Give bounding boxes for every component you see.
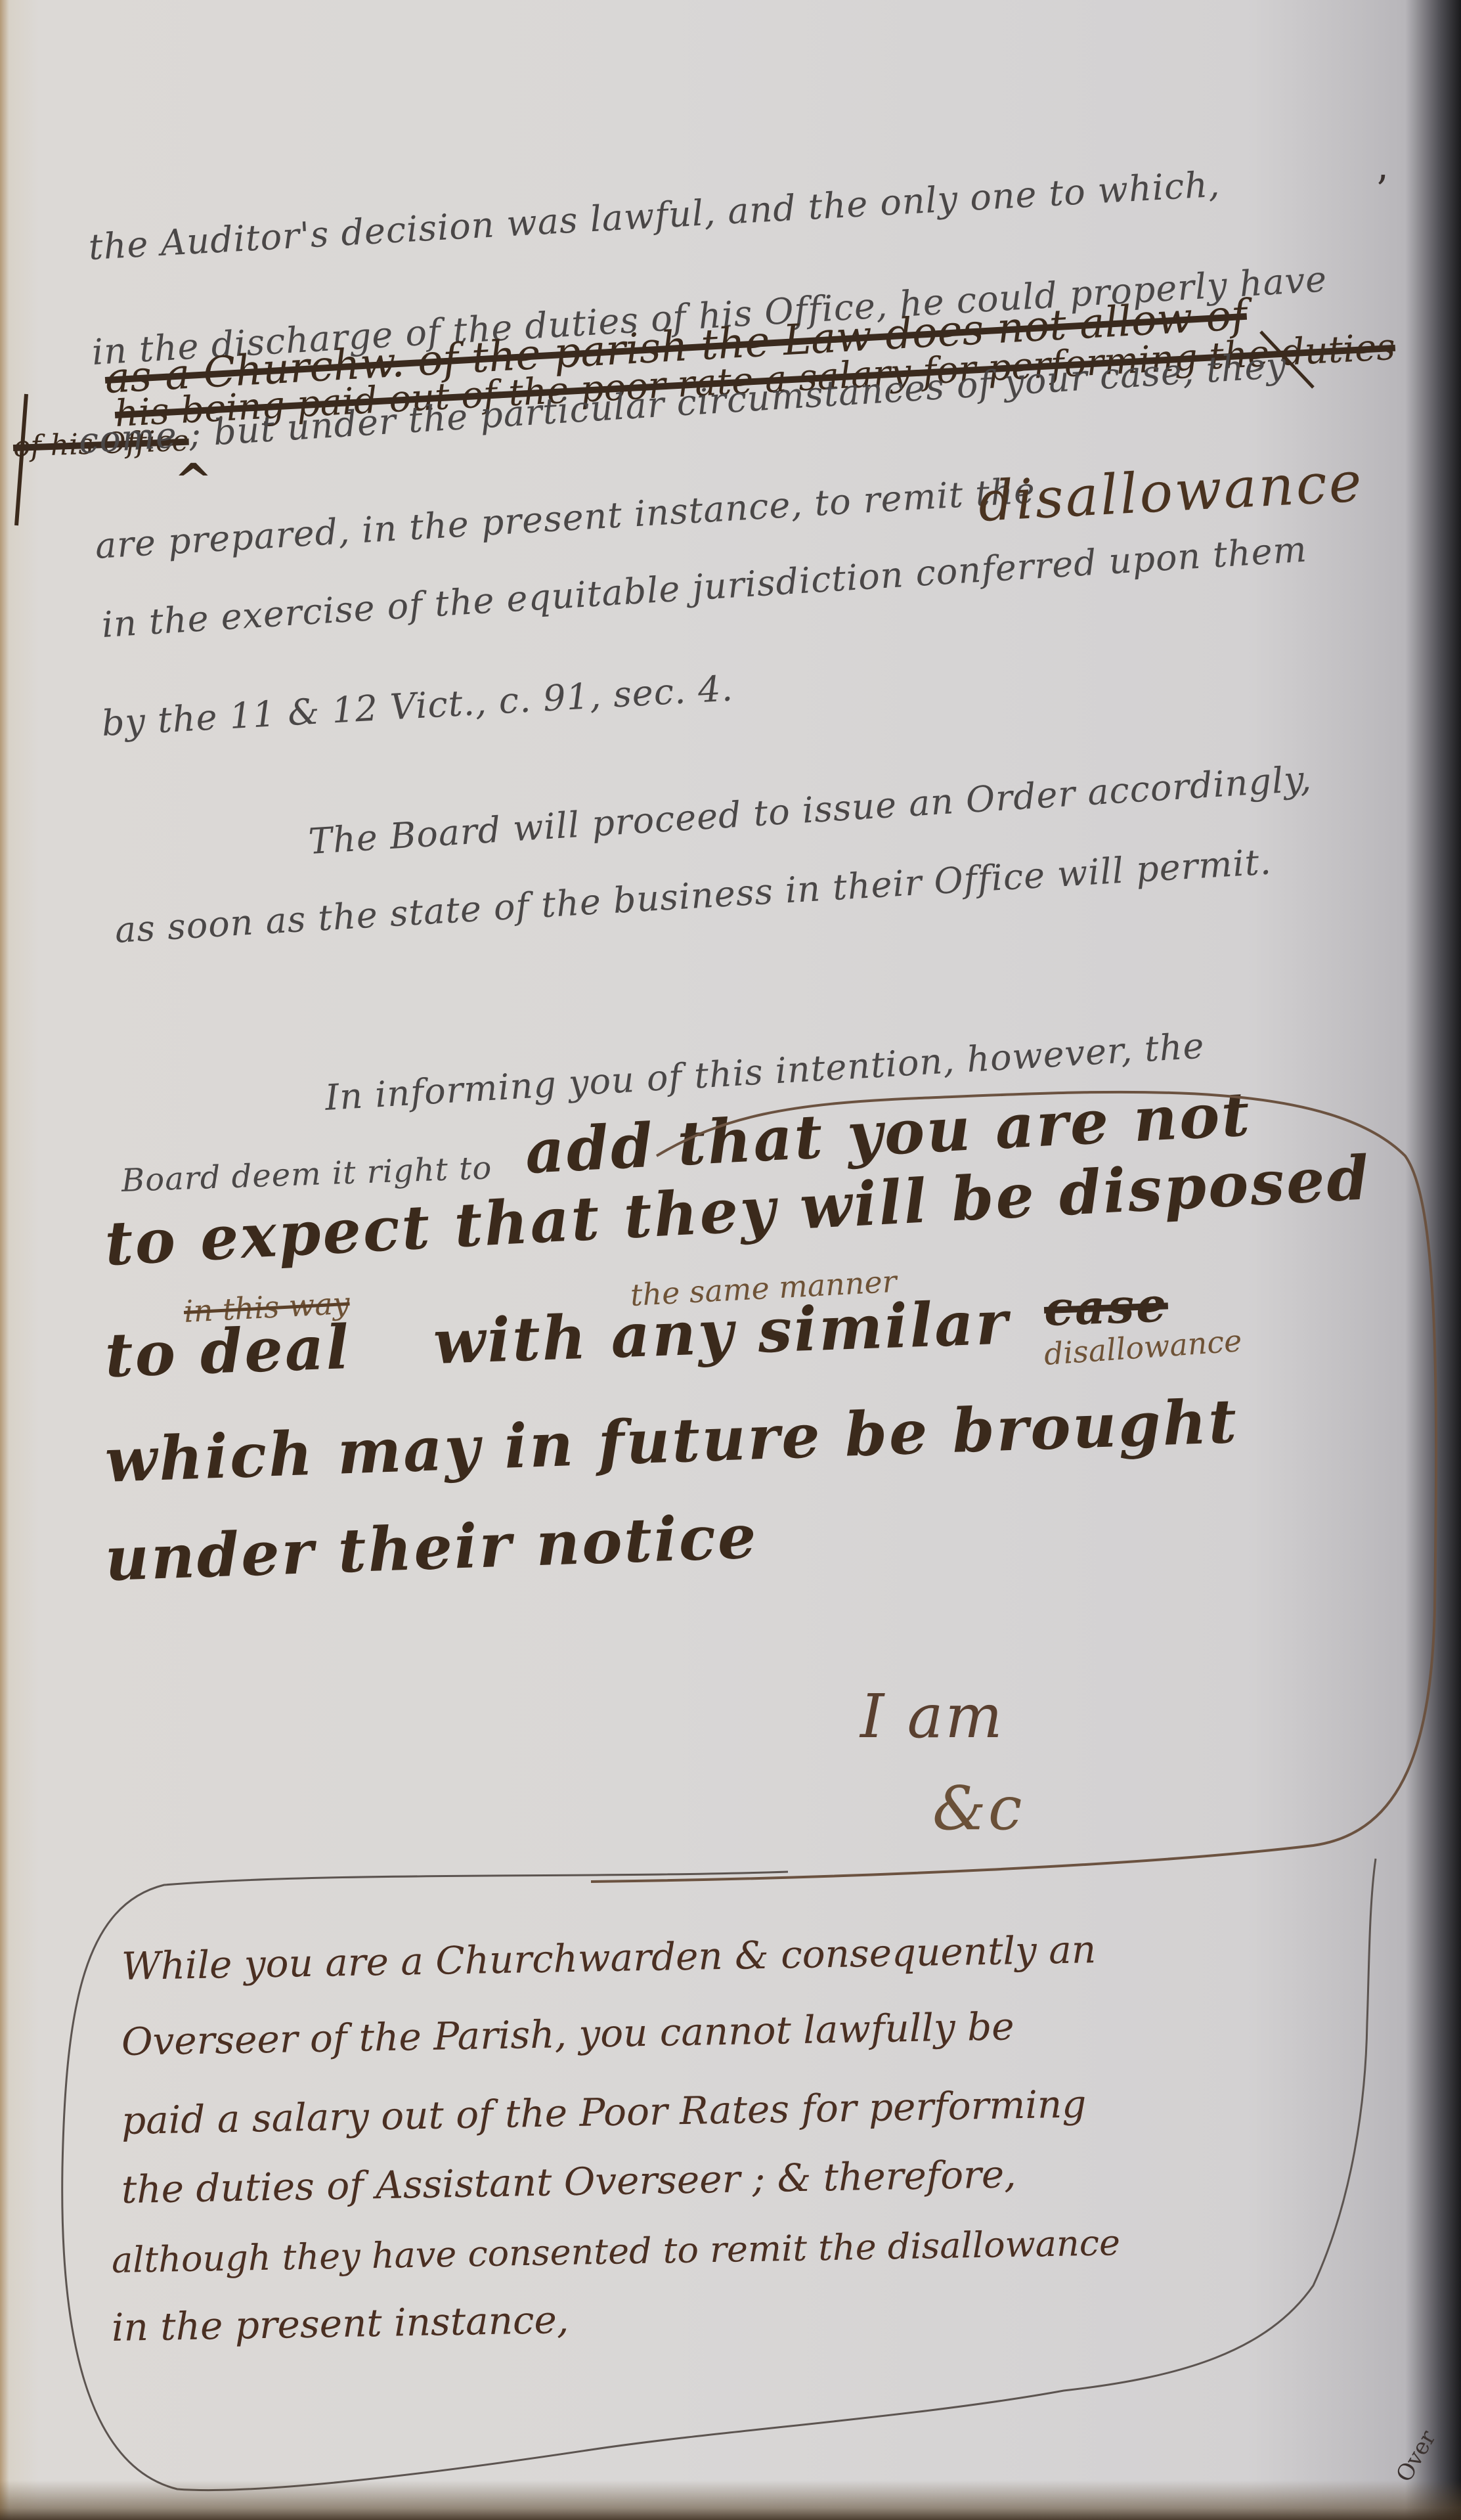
manuscript-page: ’ the Auditor's decision was lawful, and… [0,0,1461,2520]
outline-top-passage [591,1092,1436,1882]
insertion-caret-mark [1261,332,1313,387]
margin-bracket [16,394,26,525]
annotation-outlines [0,0,1461,2520]
outline-bottom-note [62,1859,1376,2490]
